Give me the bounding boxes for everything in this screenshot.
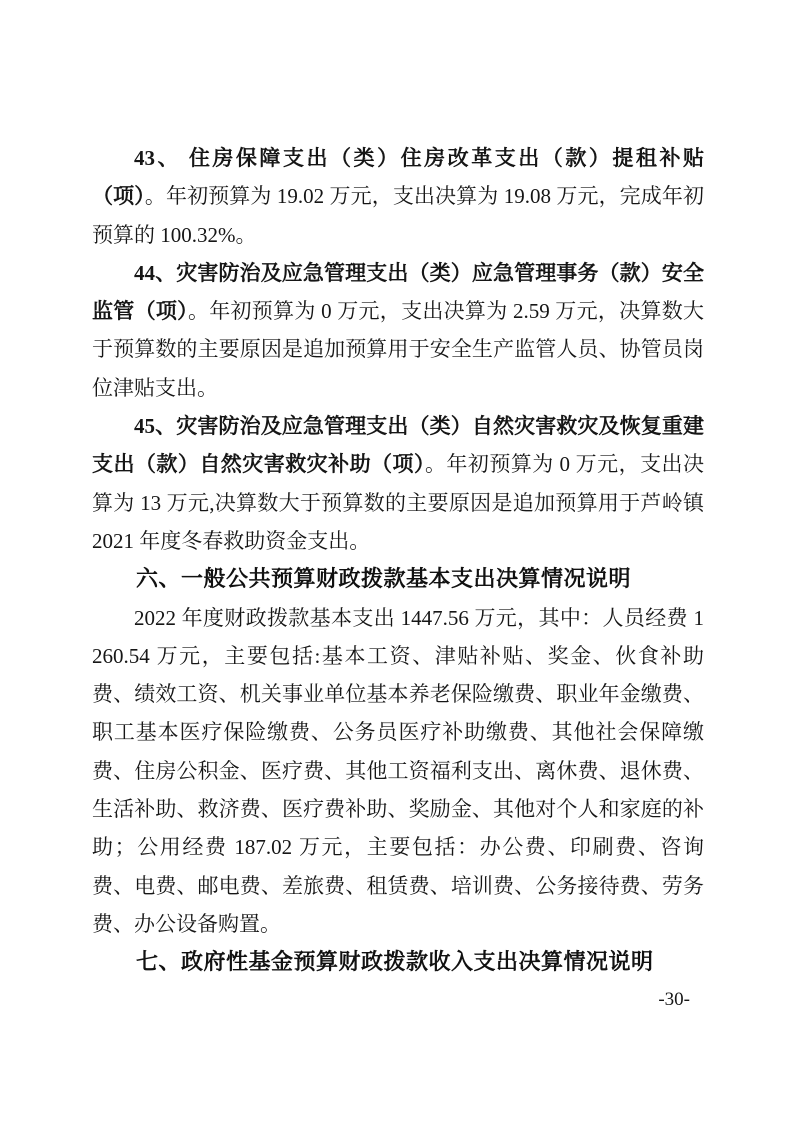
budget-item-43: 43、 住房保障支出（类）住房改革支出（款）提租补贴（项）。年初预算为 19.0… [92, 139, 704, 254]
budget-item-45: 45、灾害防治及应急管理支出（类）自然灾害救灾及恢复重建支出（款）自然灾害救灾补… [92, 407, 704, 560]
section-6-heading: 六、一般公共预算财政拨款基本支出决算情况说明 [92, 560, 704, 598]
section-6-paragraph: 2022 年度财政拨款基本支出 1447.56 万元，其中：人员经费 1260.… [92, 599, 704, 944]
budget-item-43-detail: 。年初预算为 19.02 万元，支出决算为 19.08 万元，完成年初预算的 1… [92, 184, 704, 246]
document-content: 43、 住房保障支出（类）住房改革支出（款）提租补贴（项）。年初预算为 19.0… [92, 139, 704, 982]
document-page: 43、 住房保障支出（类）住房改革支出（款）提租补贴（项）。年初预算为 19.0… [0, 0, 793, 1122]
budget-item-44: 44、灾害防治及应急管理支出（类）应急管理事务（款）安全监管（项）。年初预算为 … [92, 254, 704, 407]
section-7-heading: 七、政府性基金预算财政拨款收入支出决算情况说明 [92, 943, 704, 981]
page-number: -30- [658, 989, 690, 1011]
